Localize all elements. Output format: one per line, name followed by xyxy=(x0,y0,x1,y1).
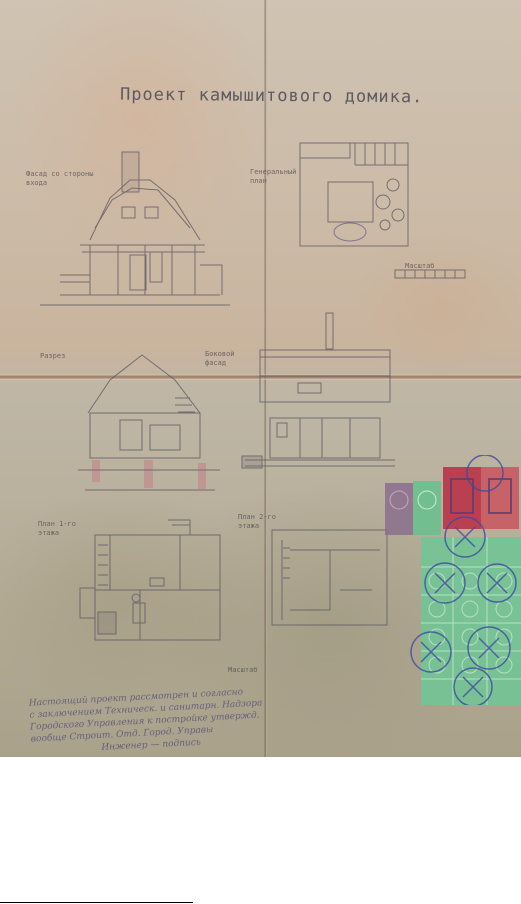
front-facade-drawing xyxy=(40,152,230,305)
section-drawing xyxy=(78,355,220,490)
green-stamp-sheet xyxy=(421,537,521,705)
upper-plan-drawing xyxy=(272,530,387,625)
ground-plan-drawing xyxy=(80,520,220,640)
purple-stamp xyxy=(385,483,413,535)
side-facade-drawing xyxy=(242,313,395,468)
footnote-divider xyxy=(0,902,193,903)
site-plan-drawing xyxy=(300,143,465,278)
green-stamp-single xyxy=(413,481,441,535)
document-photo: Проект камышитового домика. Фасад со сто… xyxy=(0,0,521,757)
revenue-stamps xyxy=(385,455,521,705)
